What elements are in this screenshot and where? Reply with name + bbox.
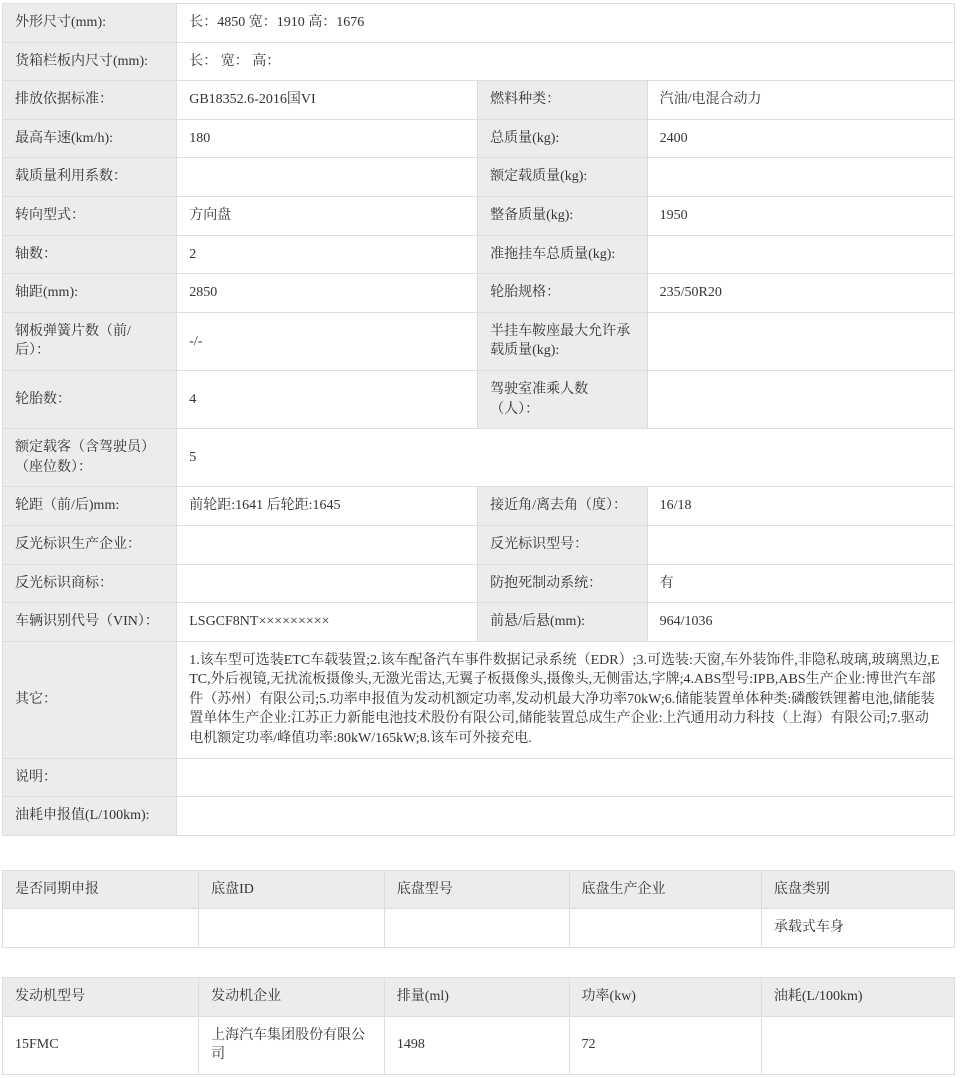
spec-label-cell: 总质量(kg): (478, 119, 647, 158)
spec-label-cell: 接近角/离去角（度）： (478, 487, 647, 526)
spec-label-cell: 反光标识生产企业： (3, 525, 177, 564)
column-header: 功率(kw) (569, 978, 761, 1017)
table-row: 轮距（前/后)mm:前轮距:1641 后轮距:1645接近角/离去角（度）：16… (3, 487, 955, 526)
spec-value-cell (647, 235, 955, 274)
spec-label-cell: 额定载客（含驾驶员）（座位数）： (3, 429, 177, 487)
spec-label-cell: 载质量利用系数： (3, 158, 177, 197)
table-row: 15FMC上海汽车集团股份有限公司149872 (3, 1016, 955, 1074)
table-cell: 15FMC (3, 1016, 199, 1074)
vehicle-spec-table-body: 外形尺寸(mm):长：4850 宽：1910 高：1676货箱栏板内尺寸(mm)… (3, 4, 955, 836)
spec-value-cell (647, 370, 955, 428)
spec-value-cell (647, 525, 955, 564)
spec-label-cell: 轴数： (3, 235, 177, 274)
spec-value-cell (177, 564, 478, 603)
spec-label-cell: 排放依据标准： (3, 81, 177, 120)
spec-value-cell: 长： 宽： 高： (177, 42, 955, 81)
spec-value-cell: -/- (177, 312, 478, 370)
spec-label-cell: 最高车速(km/h): (3, 119, 177, 158)
spec-value-cell: 180 (177, 119, 478, 158)
spec-value-cell (177, 525, 478, 564)
chassis-table: 是否同期申报底盘ID底盘型号底盘生产企业底盘类别 承载式车身 (2, 870, 955, 948)
table-cell (569, 909, 761, 948)
table-header-row: 发动机型号发动机企业排量(ml)功率(kw)油耗(L/100km) (3, 978, 955, 1017)
spec-value-cell (177, 158, 478, 197)
table-row: 载质量利用系数：额定载质量(kg): (3, 158, 955, 197)
spec-label-cell: 防抱死制动系统： (478, 564, 647, 603)
spec-label-cell: 整备质量(kg): (478, 196, 647, 235)
spec-label-cell: 外形尺寸(mm): (3, 4, 177, 43)
spec-label-cell: 货箱栏板内尺寸(mm): (3, 42, 177, 81)
spec-label-cell: 其它： (3, 641, 177, 758)
table-cell: 1498 (384, 1016, 569, 1074)
table-row: 额定载客（含驾驶员）（座位数）：5 (3, 429, 955, 487)
table-row: 反光标识生产企业：反光标识型号： (3, 525, 955, 564)
spec-label-cell: 油耗申报值(L/100km): (3, 797, 177, 836)
column-header: 底盘生产企业 (569, 870, 761, 909)
spec-label-cell: 轴距(mm): (3, 274, 177, 313)
table-row: 轴距(mm):2850轮胎规格：235/50R20 (3, 274, 955, 313)
spec-value-cell: 16/18 (647, 487, 955, 526)
column-header: 油耗(L/100km) (761, 978, 954, 1017)
column-header: 是否同期申报 (3, 870, 199, 909)
table-row: 转向型式：方向盘整备质量(kg):1950 (3, 196, 955, 235)
table-row: 轮胎数：4驾驶室准乘人数（人）： (3, 370, 955, 428)
spec-label-cell: 准拖挂车总质量(kg): (478, 235, 647, 274)
spec-label-cell: 前悬/后悬(mm): (478, 603, 647, 642)
table-row: 油耗申报值(L/100km): (3, 797, 955, 836)
column-header: 发动机企业 (199, 978, 385, 1017)
spec-value-cell: 1.该车型可选装ETC车载装置;2.该车配备汽车事件数据记录系统（EDR）;3.… (177, 641, 955, 758)
table-cell (761, 1016, 954, 1074)
spec-value-cell (647, 312, 955, 370)
table-cell: 承载式车身 (761, 909, 954, 948)
engine-table-header: 发动机型号发动机企业排量(ml)功率(kw)油耗(L/100km) (3, 978, 955, 1017)
table-row: 车辆识别代号（VIN）：LSGCF8NT×××××××××前悬/后悬(mm):9… (3, 603, 955, 642)
spec-value-cell: 5 (177, 429, 955, 487)
spec-value-cell (177, 758, 955, 797)
table-row: 承载式车身 (3, 909, 955, 948)
spec-value-cell (177, 797, 955, 836)
column-header: 发动机型号 (3, 978, 199, 1017)
spec-value-cell: 2400 (647, 119, 955, 158)
column-header: 底盘ID (199, 870, 385, 909)
spec-value-cell (647, 158, 955, 197)
column-header: 底盘型号 (384, 870, 569, 909)
table-cell: 72 (569, 1016, 761, 1074)
spec-value-cell: 前轮距:1641 后轮距:1645 (177, 487, 478, 526)
spec-value-cell: 方向盘 (177, 196, 478, 235)
spec-value-cell: 有 (647, 564, 955, 603)
table-row: 说明： (3, 758, 955, 797)
table-row: 外形尺寸(mm):长：4850 宽：1910 高：1676 (3, 4, 955, 43)
spec-value-cell: 964/1036 (647, 603, 955, 642)
table-cell (3, 909, 199, 948)
table-cell (199, 909, 385, 948)
table-row: 最高车速(km/h):180总质量(kg):2400 (3, 119, 955, 158)
spec-label-cell: 轮胎数： (3, 370, 177, 428)
table-cell (384, 909, 569, 948)
spec-value-cell: 汽油/电混合动力 (647, 81, 955, 120)
vehicle-spec-table: 外形尺寸(mm):长：4850 宽：1910 高：1676货箱栏板内尺寸(mm)… (2, 3, 955, 836)
spec-value-cell: 2850 (177, 274, 478, 313)
spec-label-cell: 说明： (3, 758, 177, 797)
table-row: 货箱栏板内尺寸(mm):长： 宽： 高： (3, 42, 955, 81)
spec-label-cell: 转向型式： (3, 196, 177, 235)
spec-label-cell: 驾驶室准乘人数（人）： (478, 370, 647, 428)
spec-value-cell: 1950 (647, 196, 955, 235)
engine-table-body: 15FMC上海汽车集团股份有限公司149872 (3, 1016, 955, 1074)
chassis-table-header: 是否同期申报底盘ID底盘型号底盘生产企业底盘类别 (3, 870, 955, 909)
spec-value-cell: 2 (177, 235, 478, 274)
spec-label-cell: 半挂车鞍座最大允许承载质量(kg): (478, 312, 647, 370)
spec-label-cell: 燃料种类： (478, 81, 647, 120)
spec-label-cell: 轮胎规格： (478, 274, 647, 313)
spec-value-cell: 235/50R20 (647, 274, 955, 313)
spec-value-cell: 4 (177, 370, 478, 428)
chassis-table-body: 承载式车身 (3, 909, 955, 948)
spec-label-cell: 车辆识别代号（VIN）： (3, 603, 177, 642)
table-row: 排放依据标准：GB18352.6-2016国VI燃料种类：汽油/电混合动力 (3, 81, 955, 120)
table-row: 其它：1.该车型可选装ETC车载装置;2.该车配备汽车事件数据记录系统（EDR）… (3, 641, 955, 758)
table-cell: 上海汽车集团股份有限公司 (199, 1016, 385, 1074)
spec-value-cell: 长：4850 宽：1910 高：1676 (177, 4, 955, 43)
table-row: 反光标识商标：防抱死制动系统：有 (3, 564, 955, 603)
engine-table: 发动机型号发动机企业排量(ml)功率(kw)油耗(L/100km) 15FMC上… (2, 977, 955, 1075)
spec-label-cell: 反光标识商标： (3, 564, 177, 603)
table-header-row: 是否同期申报底盘ID底盘型号底盘生产企业底盘类别 (3, 870, 955, 909)
spec-value-cell: LSGCF8NT××××××××× (177, 603, 478, 642)
table-row: 钢板弹簧片数（前/后）：-/-半挂车鞍座最大允许承载质量(kg): (3, 312, 955, 370)
spec-label-cell: 钢板弹簧片数（前/后）： (3, 312, 177, 370)
spec-value-cell: GB18352.6-2016国VI (177, 81, 478, 120)
spec-label-cell: 轮距（前/后)mm: (3, 487, 177, 526)
column-header: 底盘类别 (761, 870, 954, 909)
spec-label-cell: 反光标识型号： (478, 525, 647, 564)
spec-label-cell: 额定载质量(kg): (478, 158, 647, 197)
table-row: 轴数：2准拖挂车总质量(kg): (3, 235, 955, 274)
column-header: 排量(ml) (384, 978, 569, 1017)
